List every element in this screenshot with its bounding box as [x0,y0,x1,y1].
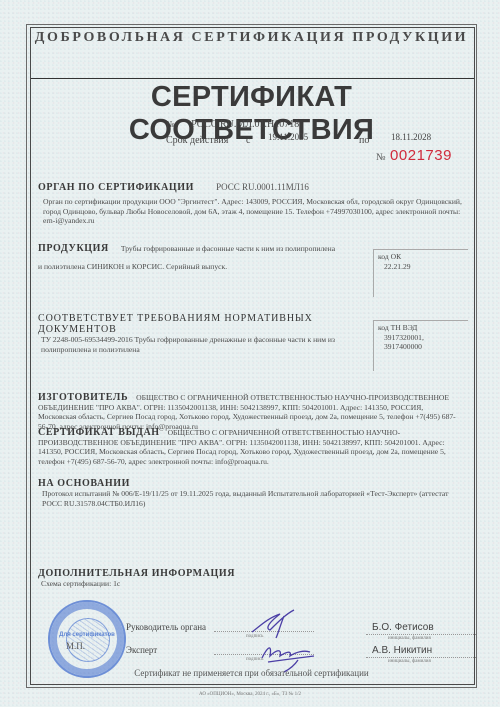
standards-section: СООТВЕТСТВУЕТ ТРЕБОВАНИЯМ НОРМАТИВНЫХ ДО… [38,313,368,354]
seal-place-label: М.П. [66,641,85,651]
standards-text: ТУ 2248-005-69534499-2016 Трубы гофриров… [38,335,368,354]
reg-number-label: № [166,119,175,129]
issued-to-section: СЕРТИФИКАТ ВЫДАН ОБЩЕСТВО С ОГРАНИЧЕННОЙ… [38,428,463,466]
validity-from-label: с [246,135,250,146]
seal-stamp-icon: Для сертификатов [48,600,126,678]
head-role-label: Руководитель органа [126,622,206,632]
basis-heading: НА ОСНОВАНИИ [38,478,463,489]
okp-code-value: 22.21.29 [378,262,468,272]
expert-role-label: Эксперт [126,645,157,655]
validity-to-label: по [359,135,369,146]
expert-name-caption: инициалы, фамилия [388,659,431,664]
manufacturer-section: ИЗГОТОВИТЕЛЬ ОБЩЕСТВО С ОГРАНИЧЕННОЙ ОТВ… [38,393,463,431]
registration-number: № РОСС RU.МЛ.01.Н10718 [166,119,299,130]
additional-info-heading: ДОПОЛНИТЕЛЬНАЯ ИНФОРМАЦИЯ [38,568,463,579]
certification-body-section: ОРГАН ПО СЕРТИФИКАЦИИ РОСС RU.0001.11МЛ1… [38,177,463,226]
validity-from-date: 19.11.2025 [268,132,308,142]
product-heading: ПРОДУКЦИЯ [38,243,109,254]
manufacturer-heading: ИЗГОТОВИТЕЛЬ [38,392,128,403]
additional-info-text: Схема сертификации: 1с [38,579,463,589]
tnved-code-box: код ТН ВЭД 3917320001, 3917400000 [373,320,468,371]
certification-type-title: ДОБРОВОЛЬНАЯ СЕРТИФИКАЦИЯ ПРОДУКЦИИ [30,30,473,46]
additional-info-section: ДОПОЛНИТЕЛЬНАЯ ИНФОРМАЦИЯ Схема сертифик… [38,568,463,589]
serial-label: № [376,152,386,163]
certification-body-text: Орган по сертификации продукции ООО "Эрг… [38,197,463,226]
serial-number: №0021739 [376,147,452,164]
stamp-text: Для сертификатов [58,632,116,638]
basis-text: Протокол испытаний № 006/Е-19/11/25 от 1… [38,489,463,508]
tnved-code-value-2: 3917400000 [378,342,468,352]
product-section: ПРОДУКЦИЯ Трубы гофрированные и фасонные… [38,238,338,274]
reg-number-value: РОСС RU.МЛ.01.Н10718 [191,119,299,130]
standards-heading: СООТВЕТСТВУЕТ ТРЕБОВАНИЯМ НОРМАТИВНЫХ ДО… [38,313,368,335]
header-divider [31,78,474,79]
tnved-code-value-1: 3917320001, [378,333,468,343]
serial-value: 0021739 [390,147,452,164]
validity-to-date: 18.11.2028 [391,132,431,142]
expert-name: А.В. Никитин [372,645,432,656]
certification-body-code: РОСС RU.0001.11МЛ16 [216,182,309,192]
usage-note: Сертификат не применяется при обязательн… [30,668,473,678]
printer-footer: АО «ОПЦИОН», Москва, 2024 г., «Б», ТЗ № … [0,692,500,697]
validity-label: Срок действия [166,135,228,146]
issued-to-heading: СЕРТИФИКАТ ВЫДАН [38,427,160,438]
basis-section: НА ОСНОВАНИИ Протокол испытаний № 006/Е-… [38,478,463,508]
certification-body-heading: ОРГАН ПО СЕРТИФИКАЦИИ [38,182,194,193]
tnved-code-label: код ТН ВЭД [378,323,468,333]
okp-code-label: код ОК [378,252,468,262]
head-name: Б.О. Фетисов [372,622,434,633]
head-name-caption: инициалы, фамилия [388,636,431,641]
okp-code-box: код ОК 22.21.29 [373,249,468,297]
head-signature-icon [250,608,300,640]
